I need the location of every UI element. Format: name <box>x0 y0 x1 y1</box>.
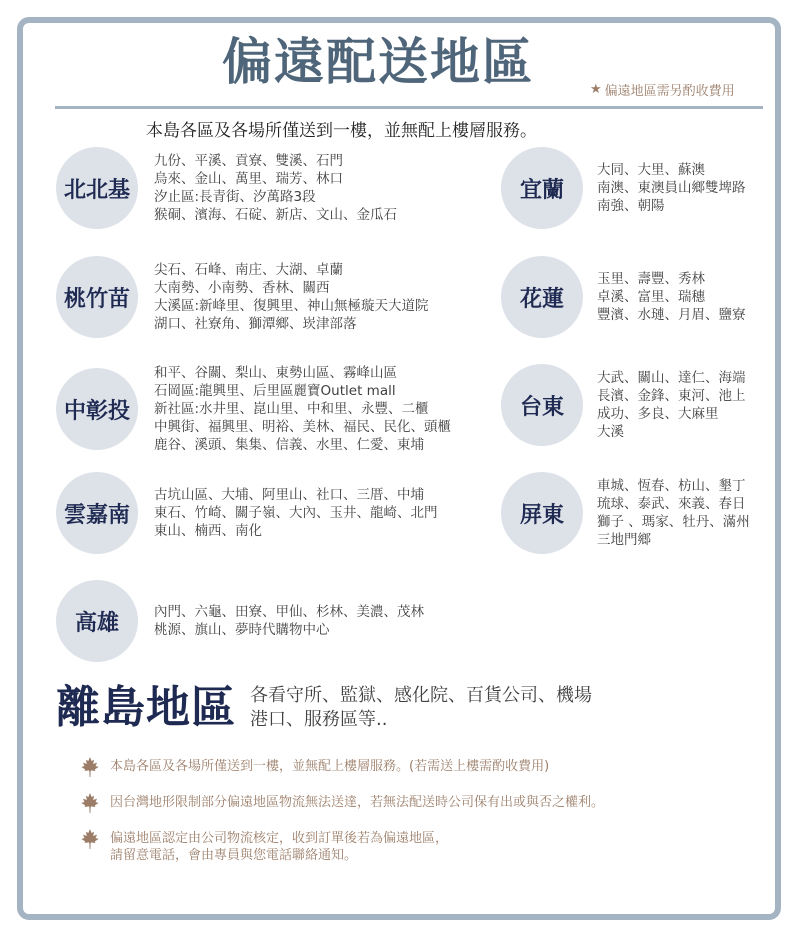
region-name: 雲嘉南 <box>64 498 130 529</box>
area-line: 南澳、東澳員山鄉雙埤路 <box>597 179 746 197</box>
surcharge-note: ★ 偏遠地區需另酌收費用 <box>590 80 735 99</box>
region-badge: 中彰投 <box>56 368 138 450</box>
area-line: 石岡區:龍興里、后里區麗寶Outlet mall <box>154 382 451 400</box>
note-text: 本島各區及各場所僅送到一樓，並無配上樓層服務。(若需送上樓需酌收費用) <box>110 758 549 775</box>
outlying-islands-title: 離島地區 <box>56 680 236 736</box>
area-line: 三地門鄉 <box>597 531 750 549</box>
region-area-list: 大武、關山、達仁、海端 長濱、金鋒、東河、池上 成功、多良、大麻里 大溪 <box>597 369 746 441</box>
header-divider <box>55 106 763 109</box>
area-line: 和平、谷關、梨山、東勢山區、霧峰山區 <box>154 364 451 382</box>
area-line: 南強、朝陽 <box>597 197 746 215</box>
region-badge: 宜蘭 <box>501 147 583 229</box>
region-badge: 北北基 <box>56 147 138 229</box>
area-line: 桃源、旗山、夢時代購物中心 <box>154 621 424 639</box>
area-line: 古坑山區、大埔、阿里山、社口、三厝、中埔 <box>154 486 438 504</box>
area-line: 尖石、石峰、南庄、大湖、卓蘭 <box>154 261 429 279</box>
region-area-list: 尖石、石峰、南庄、大湖、卓蘭 大南勢、小南勢、香林、關西 大溪區:新峰里、復興里… <box>154 261 429 333</box>
star-icon: ★ <box>590 83 602 96</box>
page-title: 偏遠配送地區 <box>222 30 534 94</box>
note-line: 本島各區及各場所僅送到一樓，並無配上樓層服務。(若需送上樓需酌收費用) <box>110 758 549 775</box>
note-line: 因台灣地形限制部分偏遠地區物流無法送達，若無法配送時公司保有出或與否之權利。 <box>110 794 604 811</box>
region-badge: 屏東 <box>501 472 583 554</box>
region-name: 宜蘭 <box>520 173 564 204</box>
area-line: 琉球、泰武、來義、春日 <box>597 495 750 513</box>
area-line: 大南勢、小南勢、香林、關西 <box>154 279 429 297</box>
region-badge: 桃竹苗 <box>56 256 138 338</box>
note-text: 因台灣地形限制部分偏遠地區物流無法送達，若無法配送時公司保有出或與否之權利。 <box>110 794 604 811</box>
region-kaohsiung: 高雄 內門、六龜、田寮、甲仙、杉林、美濃、茂林 桃源、旗山、夢時代購物中心 <box>56 580 424 662</box>
region-area-list: 玉里、壽豐、秀林 卓溪、富里、瑞穗 豐濱、水璉、月眉、鹽寮 <box>597 270 746 324</box>
region-name: 花蓮 <box>520 282 564 313</box>
region-name: 屏東 <box>520 498 564 529</box>
area-line: 烏來、金山、萬里、瑞芳、林口 <box>154 170 397 188</box>
surcharge-note-text: 偏遠地區需另酌收費用 <box>605 80 735 99</box>
outlying-islands-section: 離島地區 各看守所、監獄、感化院、百貨公司、機場 港口、服務區等.. <box>56 680 592 736</box>
area-line: 豐濱、水璉、月眉、鹽寮 <box>597 306 746 324</box>
area-line: 大同、大里、蘇澳 <box>597 161 746 179</box>
area-line: 玉里、壽豐、秀林 <box>597 270 746 288</box>
region-area-list: 九份、平溪、貢寮、雙溪、石門 烏來、金山、萬里、瑞芳、林口 汐止區:長青街、汐萬… <box>154 152 397 224</box>
region-badge: 高雄 <box>56 580 138 662</box>
area-line: 鹿谷、溪頭、集集、信義、水里、仁愛、東埔 <box>154 436 451 454</box>
area-line: 猴硐、濱海、石碇、新店、文山、金瓜石 <box>154 206 397 224</box>
maple-leaf-icon <box>80 756 100 778</box>
region-zhongzhangtou: 中彰投 和平、谷關、梨山、東勢山區、霧峰山區 石岡區:龍興里、后里區麗寶Outl… <box>56 364 451 454</box>
region-area-list: 和平、谷關、梨山、東勢山區、霧峰山區 石岡區:龍興里、后里區麗寶Outlet m… <box>154 364 451 454</box>
area-line: 成功、多良、大麻里 <box>597 405 746 423</box>
area-line: 卓溪、富里、瑞穗 <box>597 288 746 306</box>
page-subtitle: 本島各區及各場所僅送到一樓，並無配上樓層服務。 <box>146 119 537 143</box>
area-line: 東石、竹崎、關子嶺、大內、玉井、龍崎、北門 <box>154 504 438 522</box>
region-area-list: 大同、大里、蘇澳 南澳、東澳員山鄉雙埤路 南強、朝陽 <box>597 161 746 215</box>
area-line: 大武、關山、達仁、海端 <box>597 369 746 387</box>
maple-leaf-icon <box>80 792 100 814</box>
region-name: 北北基 <box>64 173 130 204</box>
region-taitung: 台東 大武、關山、達仁、海端 長濱、金鋒、東河、池上 成功、多良、大麻里 大溪 <box>501 364 746 446</box>
region-taozhumiao: 桃竹苗 尖石、石峰、南庄、大湖、卓蘭 大南勢、小南勢、香林、關西 大溪區:新峰里… <box>56 256 429 338</box>
area-line: 汐止區:長青街、汐萬路3段 <box>154 188 397 206</box>
region-area-list: 內門、六龜、田寮、甲仙、杉林、美濃、茂林 桃源、旗山、夢時代購物中心 <box>154 603 424 639</box>
area-line: 長濱、金鋒、東河、池上 <box>597 387 746 405</box>
region-name: 高雄 <box>75 606 119 637</box>
area-line: 新社區:水井里、崑山里、中和里、永豐、二櫃 <box>154 400 451 418</box>
area-line: 內門、六龜、田寮、甲仙、杉林、美濃、茂林 <box>154 603 424 621</box>
area-line: 九份、平溪、貢寮、雙溪、石門 <box>154 152 397 170</box>
region-hualien: 花蓮 玉里、壽豐、秀林 卓溪、富里、瑞穗 豐濱、水璉、月眉、鹽寮 <box>501 256 746 338</box>
region-badge: 台東 <box>501 364 583 446</box>
area-line: 湖口、社寮角、獅潭鄉、崁津部落 <box>154 315 429 333</box>
area-line: 獅子 、瑪家、牡丹、滿州 <box>597 513 750 531</box>
area-line: 中興街、福興里、明裕、美林、福民、民化、頭櫃 <box>154 418 451 436</box>
note-item: 因台灣地形限制部分偏遠地區物流無法送達，若無法配送時公司保有出或與否之權利。 <box>80 794 720 814</box>
note-text: 偏遠地區認定由公司物流核定，收到訂單後若為偏遠地區， 請留意電話，會由專員與您電… <box>110 830 448 864</box>
island-line: 各看守所、監獄、感化院、百貨公司、機場 <box>250 684 592 708</box>
note-item: 偏遠地區認定由公司物流核定，收到訂單後若為偏遠地區， 請留意電話，會由專員與您電… <box>80 830 720 864</box>
region-name: 台東 <box>520 390 564 421</box>
note-line: 偏遠地區認定由公司物流核定，收到訂單後若為偏遠地區， <box>110 830 448 847</box>
region-area-list: 古坑山區、大埔、阿里山、社口、三厝、中埔 東石、竹崎、關子嶺、大內、玉井、龍崎、… <box>154 486 438 540</box>
area-line: 車城、恆春、枋山、墾丁 <box>597 477 750 495</box>
region-yunjianan: 雲嘉南 古坑山區、大埔、阿里山、社口、三厝、中埔 東石、竹崎、關子嶺、大內、玉井… <box>56 472 438 554</box>
maple-leaf-icon <box>80 828 100 850</box>
outlying-islands-desc: 各看守所、監獄、感化院、百貨公司、機場 港口、服務區等.. <box>250 684 592 732</box>
region-badge: 花蓮 <box>501 256 583 338</box>
region-name: 桃竹苗 <box>64 282 130 313</box>
area-line: 大溪區:新峰里、復興里、神山無極璇天大道院 <box>154 297 429 315</box>
region-badge: 雲嘉南 <box>56 472 138 554</box>
notes-list: 本島各區及各場所僅送到一樓，並無配上樓層服務。(若需送上樓需酌收費用) 因台灣地… <box>80 758 720 876</box>
region-beibeiji: 北北基 九份、平溪、貢寮、雙溪、石門 烏來、金山、萬里、瑞芳、林口 汐止區:長青… <box>56 147 397 229</box>
region-yilan: 宜蘭 大同、大里、蘇澳 南澳、東澳員山鄉雙埤路 南強、朝陽 <box>501 147 746 229</box>
region-area-list: 車城、恆春、枋山、墾丁 琉球、泰武、來義、春日 獅子 、瑪家、牡丹、滿州 三地門… <box>597 477 750 549</box>
island-line: 港口、服務區等.. <box>250 708 592 732</box>
region-name: 中彰投 <box>64 394 130 425</box>
note-line: 請留意電話，會由專員與您電話聯絡通知。 <box>110 847 448 864</box>
area-line: 東山、楠西、南化 <box>154 522 438 540</box>
region-pingtung: 屏東 車城、恆春、枋山、墾丁 琉球、泰武、來義、春日 獅子 、瑪家、牡丹、滿州 … <box>501 472 750 554</box>
note-item: 本島各區及各場所僅送到一樓，並無配上樓層服務。(若需送上樓需酌收費用) <box>80 758 720 778</box>
area-line: 大溪 <box>597 423 746 441</box>
